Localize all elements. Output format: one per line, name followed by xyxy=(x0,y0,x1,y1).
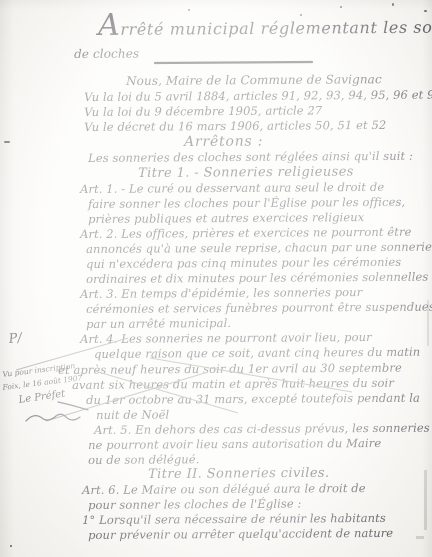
manuscript-line: Titre II. Sonneries civiles. xyxy=(148,466,330,482)
scan-streak xyxy=(427,300,429,346)
scan-speck xyxy=(4,141,10,143)
title-rule xyxy=(155,62,312,63)
manuscript-line: Arrêtons : xyxy=(184,133,263,150)
margin-note: Le Préfet xyxy=(18,388,66,405)
manuscript-line: Art. 6. Le Maire ou son délégué aura le … xyxy=(82,481,366,497)
manuscript-line: Art. 1. - Le curé ou desservant aura seu… xyxy=(80,180,384,196)
manuscript-line: 1° Lorsqu'il sera nécessaire de réunir l… xyxy=(82,511,386,527)
manuscript-line: cérémonies et services funèbres pourront… xyxy=(86,300,432,316)
scan-speck xyxy=(10,545,12,547)
manuscript-line: ou de son délégué. xyxy=(88,452,199,467)
prefect-signature xyxy=(26,402,88,421)
margin-note: P/ xyxy=(8,331,23,347)
manuscript-line: Art. 3. En temps d'épidémie, les sonneri… xyxy=(80,285,362,301)
manuscript-line: Vu la loi du 9 décembre 1905, article 27 xyxy=(84,103,322,119)
manuscript-line: pour sonner les cloches de l'Église : xyxy=(88,497,302,512)
manuscript-line: qui n'excédera pas cinq minutes pour les… xyxy=(86,255,401,271)
scan-streak xyxy=(424,470,427,530)
manuscript-line: nuit de Noël xyxy=(96,407,169,422)
manuscript-line: et après neuf heures du soir du 1er avri… xyxy=(58,361,402,377)
manuscript-line: faire sonner les cloches pour l'Église p… xyxy=(88,195,405,211)
scan-speck xyxy=(424,10,427,12)
manuscript-line: annoncés qu'à une seule reprise, chacun … xyxy=(86,240,432,256)
manuscript-line: Art. 4. Les sonneries ne pourront avoir … xyxy=(80,330,372,346)
scan-speck xyxy=(188,9,190,11)
manuscript-line: prières publiques et autres exercices re… xyxy=(88,210,364,226)
scan-streak xyxy=(416,536,424,539)
manuscript-line: Arrêté municipal réglementant les sonner… xyxy=(98,17,432,39)
manuscript-line: Art. 5. En dehors des cas ci-dessus prév… xyxy=(94,421,430,437)
manuscript-line: Vu le décret du 16 mars 1906, articles 5… xyxy=(84,118,386,134)
manuscript-line: pour prévenir ou arrêter quelqu'accident… xyxy=(88,526,393,542)
manuscript-line: ne pourront avoir lieu sans autorisation… xyxy=(88,436,381,452)
manuscript-line: ordinaires et dix minutes pour les cérém… xyxy=(86,270,428,286)
manuscript-line: Vu la loi du 5 avril 1884, articles 91, … xyxy=(84,88,432,104)
manuscript-line: quelque raison que ce soit, avant cinq h… xyxy=(94,345,420,361)
manuscript-line: Nous, Maire de la Commune de Savignac xyxy=(126,72,382,88)
manuscript-line: Les sonneries des cloches sont réglées a… xyxy=(88,149,413,165)
manuscript-line: de cloches xyxy=(74,47,139,61)
document-page: Arrêté municipal réglementant les sonner… xyxy=(0,0,432,557)
manuscript-line: avant six heures du matin et après huit … xyxy=(72,376,394,392)
manuscript-line: du 1er octobre au 31 mars, excepté toute… xyxy=(86,391,420,407)
scan-speck xyxy=(392,3,394,6)
scan-speck xyxy=(340,6,342,8)
scan-speck xyxy=(300,14,302,16)
manuscript-line: Art. 2. Les offices, prières et exercice… xyxy=(80,225,412,241)
manuscript-line: Titre 1. - Sonneries religieuses xyxy=(138,164,354,181)
manuscript-line: par un arrêté municipal. xyxy=(86,316,231,331)
